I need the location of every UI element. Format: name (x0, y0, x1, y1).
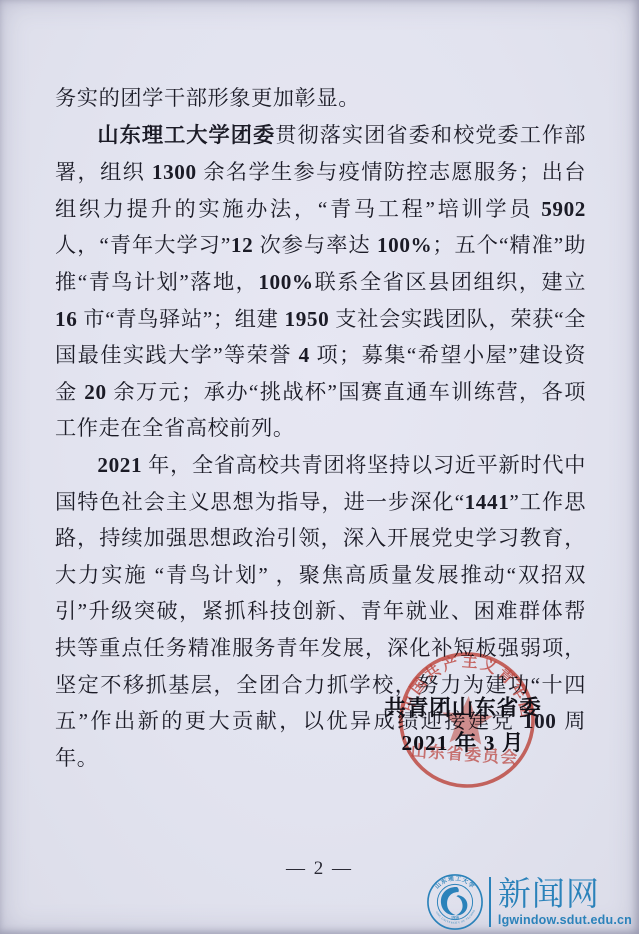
watermark-divider (489, 877, 491, 927)
paragraph: 山东理工大学团委贯彻落实团省委和校党委工作部署，组织 1300 余名学生参与疫情… (55, 117, 586, 447)
signature-date: 2021 年 3 月 (378, 726, 548, 761)
paragraph: 务实的团学干部形象更加彰显。 (55, 80, 586, 117)
text-segment: 5902 (541, 197, 586, 221)
scanned-document-page: 务实的团学干部形象更加彰显。山东理工大学团委贯彻落实团省委和校党委工作部署，组织… (0, 0, 639, 934)
text-segment: 余万元；承办“挑战杯”国赛直通车训练营，各项工作走在全省高校前列。 (55, 380, 586, 441)
text-segment: 山东理工大学团委 (97, 124, 275, 147)
site-url: lgwindow.sdut.edu.cn (498, 913, 632, 927)
signature-block: 共青团山东省委 2021 年 3 月 (378, 691, 548, 761)
text-segment: 20 (84, 380, 106, 404)
text-segment: 4 (299, 343, 310, 367)
logo-swirl-left (441, 887, 459, 915)
sdut-logo-icon: 山东理工大学 SHANDONG UNIVERSITY OF TECHNOLOGY… (426, 873, 484, 931)
site-name: 新闻网 (498, 877, 632, 912)
signature-org: 共青团山东省委 (378, 691, 548, 726)
text-segment: 12 (231, 233, 253, 257)
text-segment: 2021 (97, 453, 142, 477)
text-segment: 100% (377, 233, 432, 257)
logo-year: 1956 (451, 915, 459, 920)
logo-swirl-right (456, 895, 468, 915)
text-segment: 市“青鸟驿站”；组建 (77, 307, 284, 331)
text-segment: 100% (258, 270, 313, 294)
text-segment: 次参与率达 (253, 233, 377, 257)
text-segment: 16 (55, 307, 77, 331)
text-segment: 1441 (465, 490, 510, 514)
text-segment: 务实的团学干部形象更加彰显。 (55, 86, 360, 110)
text-segment: 1300 (152, 160, 197, 184)
text-segment: 1950 (285, 307, 330, 331)
news-site-watermark: 山东理工大学 SHANDONG UNIVERSITY OF TECHNOLOGY… (426, 873, 632, 931)
text-segment: 人，“青年大学习” (55, 233, 231, 257)
text-segment: 联系全省区县团组织，建立 (314, 270, 586, 294)
watermark-text: 新闻网 lgwindow.sdut.edu.cn (498, 877, 632, 928)
